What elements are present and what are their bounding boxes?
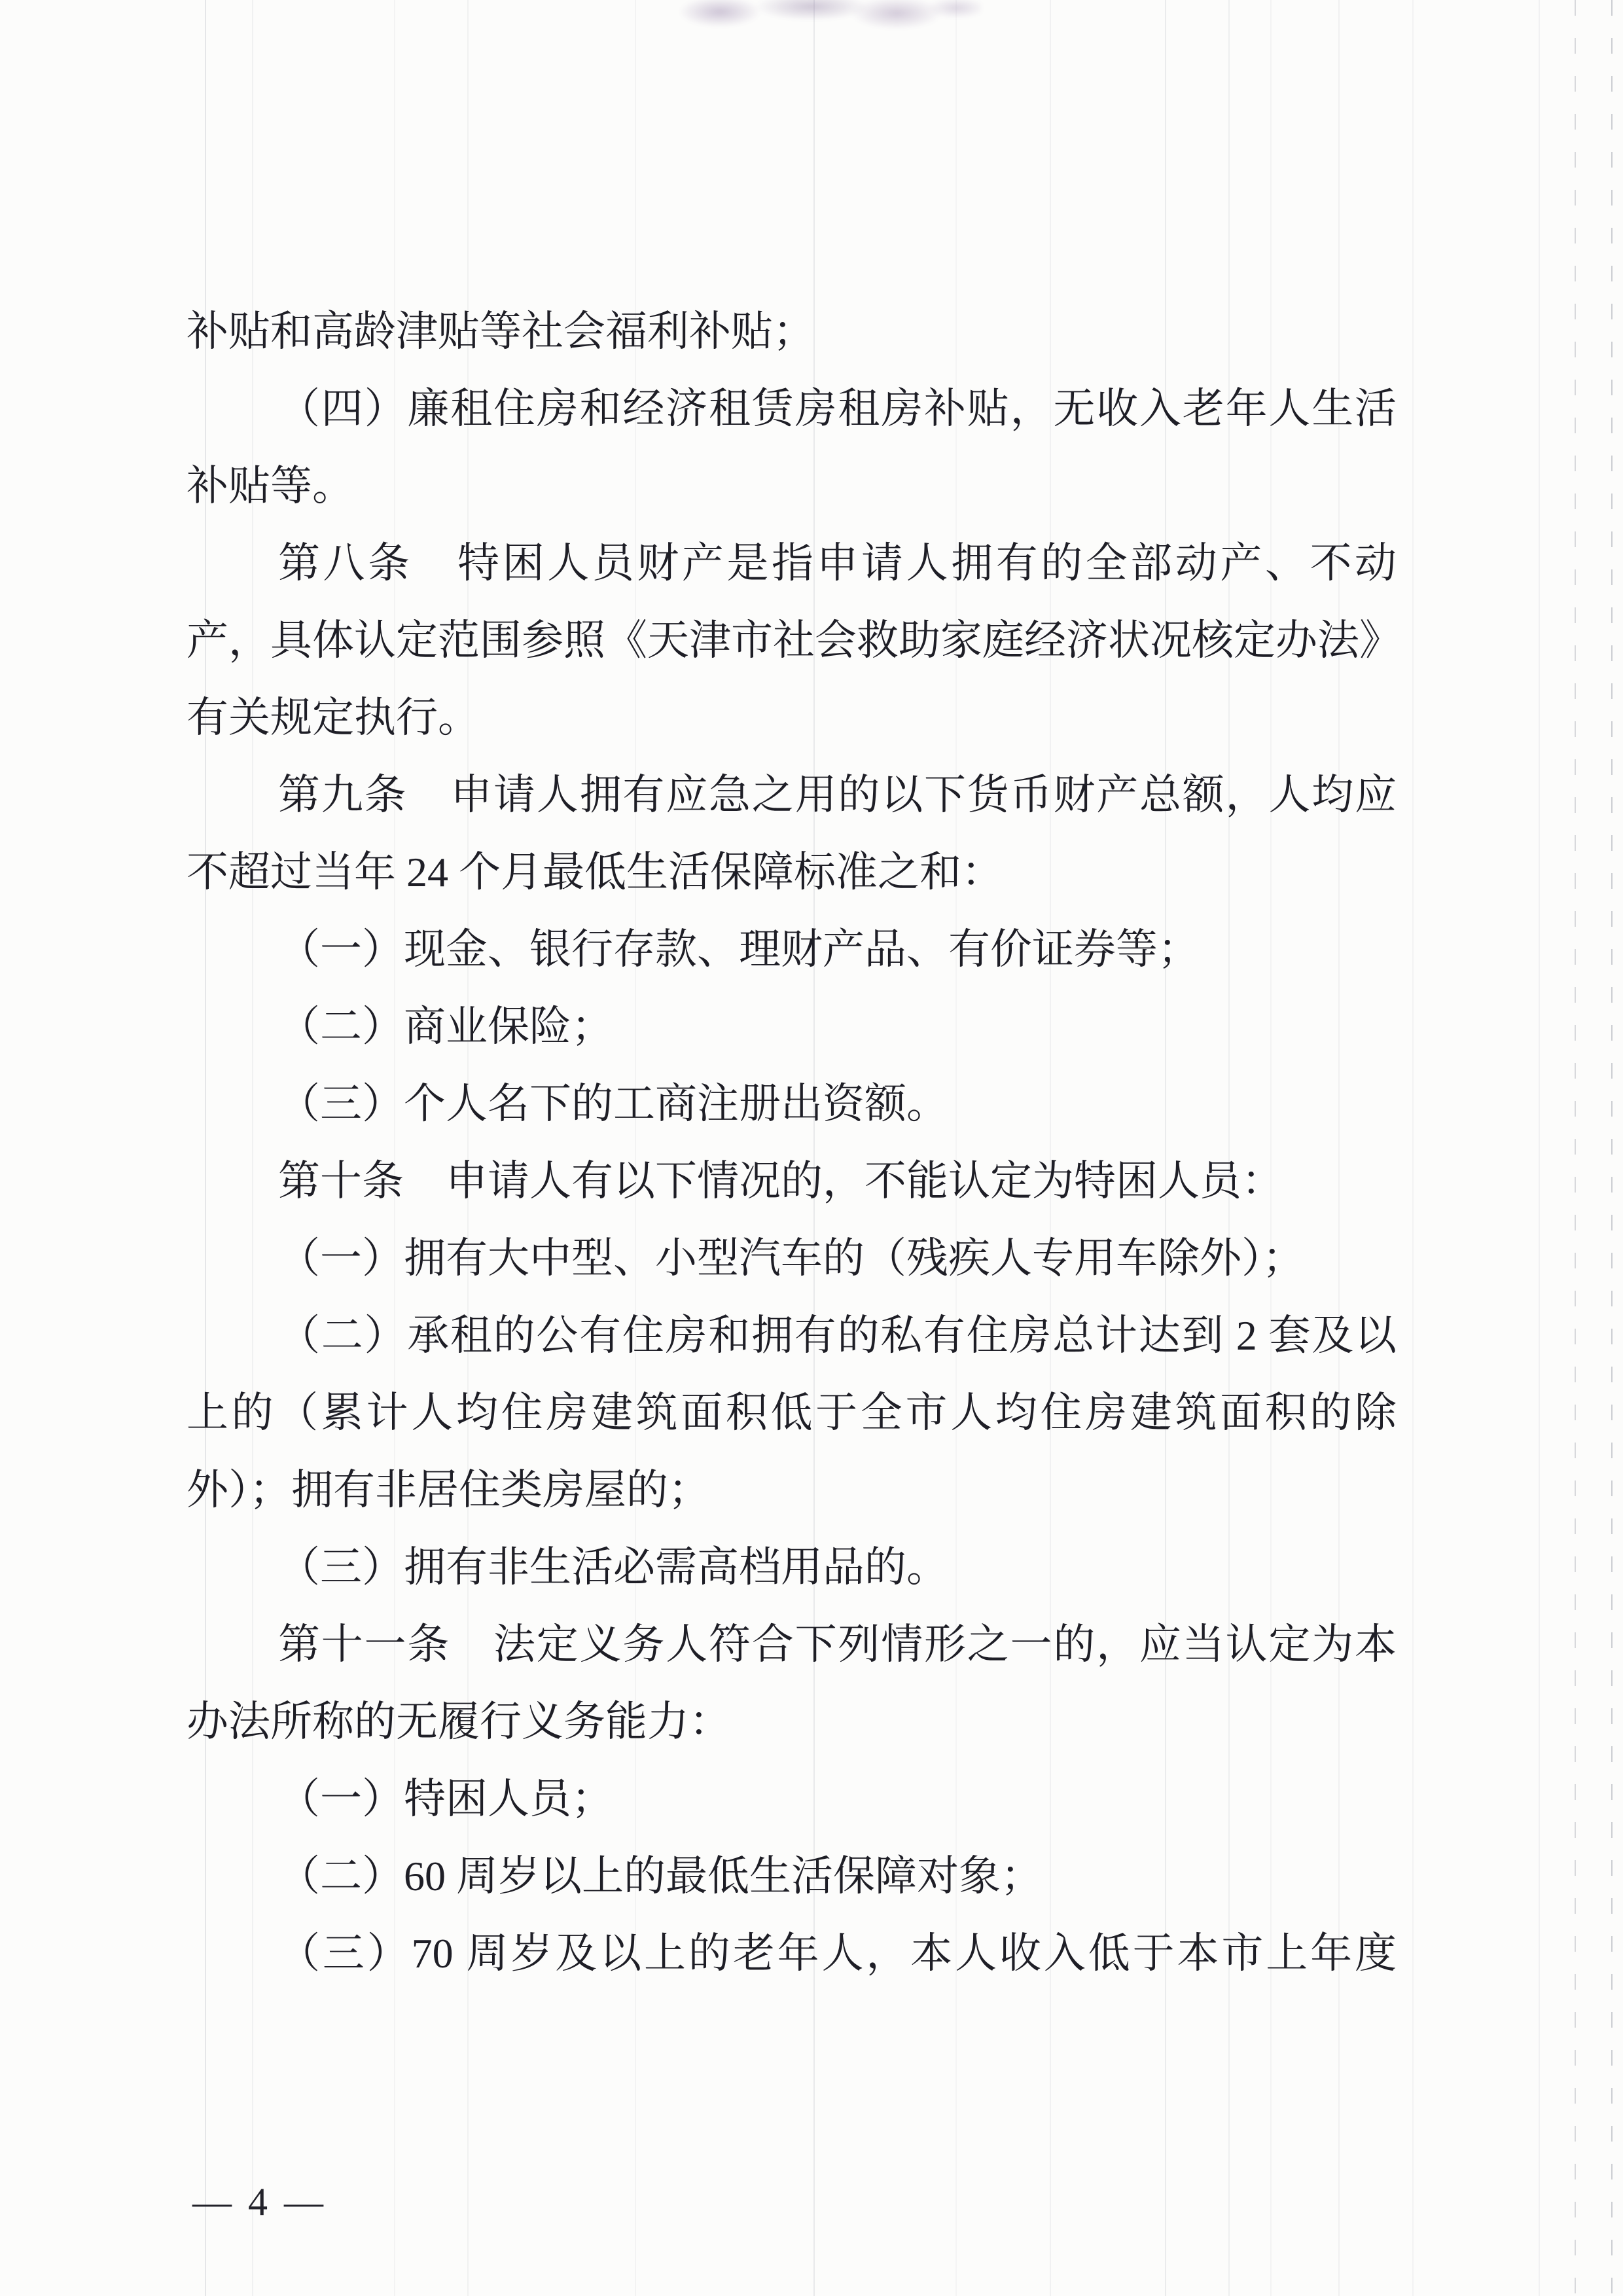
text-line: （三）个人名下的工商注册出资额。 <box>187 1066 1397 1143</box>
text-line: （三）拥有非生活必需高档用品的。 <box>187 1529 1397 1606</box>
scan-band-line <box>1539 0 1540 2296</box>
text-line: （二）承租的公有住房和拥有的私有住房总计达到 2 套及以 <box>187 1297 1397 1374</box>
text-line: 补贴等。 <box>187 448 1397 525</box>
text-line: 有关规定执行。 <box>187 679 1397 757</box>
text-line: 第十一条 法定义务人符合下列情形之一的，应当认定为本 <box>187 1606 1397 1683</box>
text-line: 第十条 申请人有以下情况的，不能认定为特困人员： <box>187 1143 1397 1220</box>
scan-edge-line <box>1611 0 1613 2296</box>
document-body: 补贴和高龄津贴等社会福利补贴； （四）廉租住房和经济租赁房租房补贴，无收入老年人… <box>187 293 1397 1992</box>
text-line: 第八条 特困人员财产是指申请人拥有的全部动产、不动 <box>187 525 1397 602</box>
ink-smudge <box>674 0 982 75</box>
scanned-document-page: { "page": { "kind": "scanned-policy-docu… <box>0 0 1623 2296</box>
scan-edge-line <box>1575 0 1576 2296</box>
scan-band-line <box>1412 0 1414 2296</box>
text-line: （三）70 周岁及以上的老年人，本人收入低于本市上年度 <box>187 1915 1397 1992</box>
page-number: — 4 — <box>192 2179 327 2225</box>
text-line: 外）；拥有非居住类房屋的； <box>187 1452 1397 1529</box>
text-line: （二）60 周岁以上的最低生活保障对象； <box>187 1838 1397 1915</box>
text-line: 产，具体认定范围参照《天津市社会救助家庭经济状况核定办法》 <box>187 602 1397 679</box>
text-line: 补贴和高龄津贴等社会福利补贴； <box>187 293 1397 370</box>
text-line: 第九条 申请人拥有应急之用的以下货币财产总额，人均应 <box>187 757 1397 834</box>
text-line: （一）特困人员； <box>187 1761 1397 1838</box>
text-line: （二）商业保险； <box>187 988 1397 1066</box>
text-line: （一）现金、银行存款、理财产品、有价证券等； <box>187 911 1397 988</box>
text-line: 不超过当年 24 个月最低生活保障标准之和： <box>187 834 1397 911</box>
text-line: 办法所称的无履行义务能力： <box>187 1683 1397 1761</box>
text-line: 上的（累计人均住房建筑面积低于全市人均住房建筑面积的除 <box>187 1374 1397 1452</box>
text-line: （一）拥有大中型、小型汽车的（残疾人专用车除外）； <box>187 1220 1397 1297</box>
text-line: （四）廉租住房和经济租赁房租房补贴，无收入老年人生活 <box>187 370 1397 448</box>
